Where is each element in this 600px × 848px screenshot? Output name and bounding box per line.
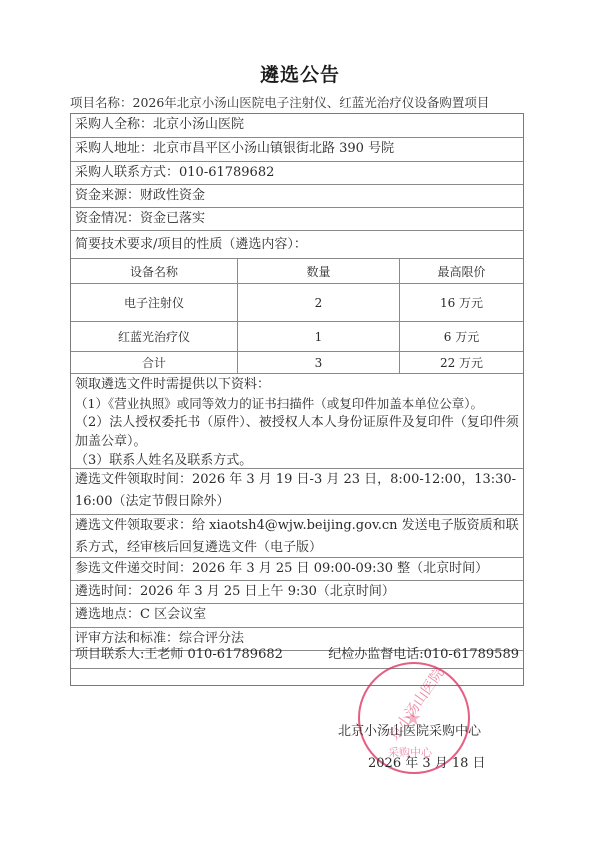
doc-pickup-time: 遴选文件领取时间：2026 年 3 月 19 日-3 月 23 日，8:00-1… [71,469,523,515]
required-doc-item: （3）联系人姓名及联系方式。 [75,451,519,469]
selection-time: 遴选时间：2026 年 3 月 25 日上午 9:30（北京时间） [71,581,523,604]
tech-requirements: 简要技术要求/项目的性质（遴选内容）： [71,231,523,259]
doc-pickup-requirement: 遴选文件领取要求：给 xiaotsh4@wjw.beijing.gov.cn 发… [71,515,523,558]
project-name: 项目名称：2026年北京小汤山医院电子注射仪、红蓝光治疗仪设备购置项目 [70,93,489,111]
total-label: 合计 [71,352,238,373]
sign-date: 2026 年 3 月 18 日 [368,752,486,771]
purchaser-name: 采购人全称：北京小汤山医院 [71,114,523,138]
equipment-name: 红蓝光治疗仪 [71,322,238,351]
required-doc-item: （2）法人授权委托书（原件）、被授权人本人身份证原件及复印件（复印件须加盖公章）… [75,413,519,451]
required-docs: 领取遴选文件时需提供以下资料： （1）《营业执照》或同等效力的证书扫描件（或复印… [71,374,523,469]
equipment-qty: 1 [238,322,400,351]
table-row: 红蓝光治疗仪 1 6 万元 [71,322,523,352]
table-total-row: 合计 3 22 万元 [71,352,523,374]
required-doc-item: （1）《营业执照》或同等效力的证书扫描件（或复印件加盖本单位公章）。 [75,394,519,413]
equipment-price: 16 万元 [400,284,523,321]
table-row: 电子注射仪 2 16 万元 [71,284,523,322]
announcement-table: 采购人全称：北京小汤山医院 采购人地址：北京市昌平区小汤山镇银街北路 390 号… [70,113,524,686]
required-docs-heading: 领取遴选文件时需提供以下资料： [75,375,519,394]
equipment-price: 6 万元 [400,322,523,351]
col-header-qty: 数量 [238,259,400,283]
col-header-name: 设备名称 [71,259,238,283]
purchaser-contact: 采购人联系方式：010-61789682 [71,162,523,185]
supervision-phone: 纪检办监督电话:010-61789589 [328,647,519,662]
purchaser-address: 采购人地址：北京市昌平区小汤山镇银街北路 390 号院 [71,138,523,162]
equipment-table-header: 设备名称 数量 最高限价 [71,259,523,284]
fund-source: 资金来源：财政性资金 [71,185,523,208]
project-contact-row: 项目联系人:王老师 010-61789682 纪检办监督电话:010-61789… [71,647,523,669]
total-price: 22 万元 [400,352,523,373]
submission-time: 参选文件递交时间：2026 年 3 月 25 日 09:00-09:30 整（北… [71,558,523,581]
fund-status: 资金情况：资金已落实 [71,208,523,231]
equipment-qty: 2 [238,284,400,321]
total-qty: 3 [238,352,400,373]
equipment-name: 电子注射仪 [71,284,238,321]
page-title: 遴选公告 [0,60,600,87]
col-header-price: 最高限价 [400,259,523,283]
project-contact: 项目联系人:王老师 010-61789682 [75,647,283,662]
selection-location: 遴选地点：C 区会议室 [71,604,523,628]
signer-name: 北京小汤山医院采购中心 [338,720,481,739]
